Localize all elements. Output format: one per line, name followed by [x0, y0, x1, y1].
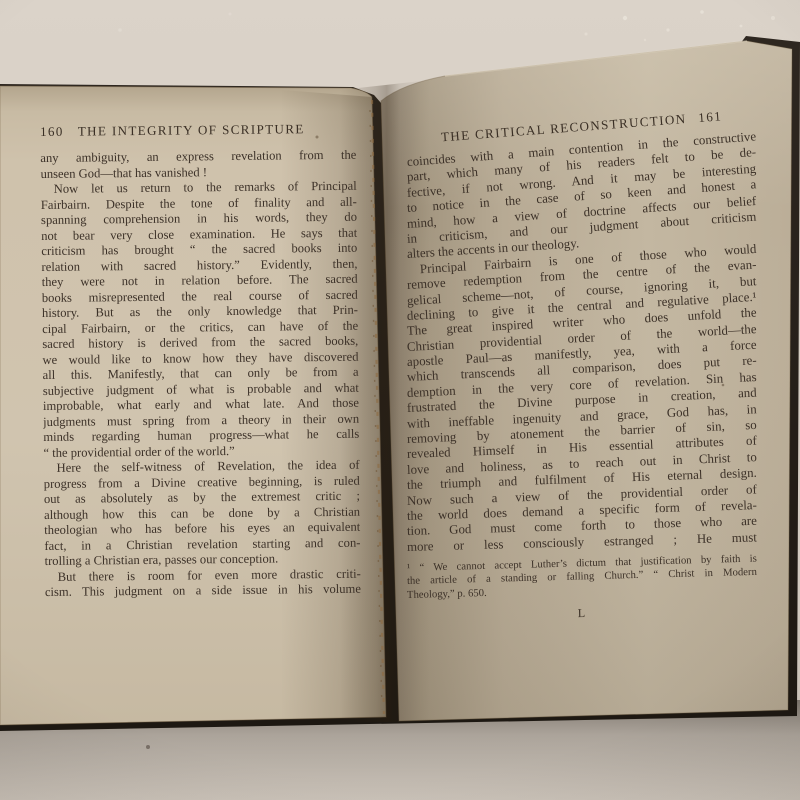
left-page: 160 THE INTEGRITY OF SCRIPTURE any ambig…	[40, 121, 361, 601]
table-speck	[146, 745, 150, 749]
footnote: ¹ “ We cannot accept Luther’s dictum tha…	[407, 562, 757, 602]
text-line: fact, in a Christian revelation starting…	[44, 535, 360, 554]
left-running-title: THE INTEGRITY OF SCRIPTURE	[78, 121, 305, 138]
left-page-number: 160	[40, 124, 64, 139]
right-page-number: 161	[698, 108, 723, 125]
left-page-body: any ambiguity, an express revelation fro…	[40, 148, 361, 601]
text-line: any ambiguity, an express revelation fro…	[40, 148, 356, 167]
left-running-head: 160 THE INTEGRITY OF SCRIPTURE	[40, 121, 356, 139]
right-page-body: coincides with a main contention in the …	[407, 155, 757, 555]
photo-of-open-book: 160 THE INTEGRITY OF SCRIPTURE any ambig…	[0, 0, 800, 800]
text-line: minds regarding human progress—what he c…	[43, 427, 359, 446]
right-page: THE CRITICAL RECONSTRUCTION 161 coincide…	[407, 132, 757, 621]
text-line: cism. This judgment on a side issue in h…	[45, 582, 361, 601]
